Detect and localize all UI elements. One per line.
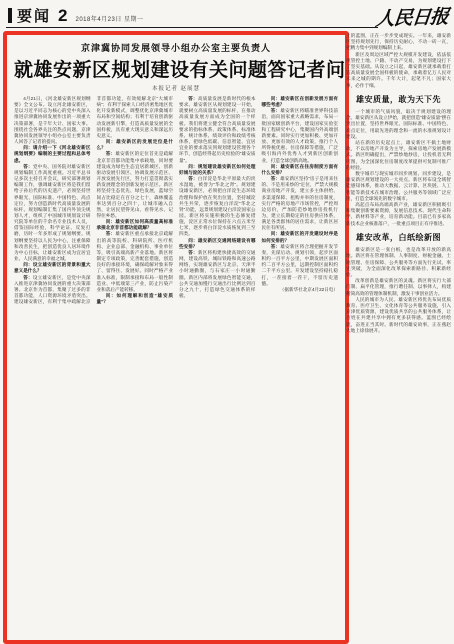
article-paragraph: （据新华社北京4月22日电） bbox=[262, 287, 339, 293]
article-paragraph: 问：雄安新区如何高质量高标准承接北京非首都功能疏解？ bbox=[97, 219, 174, 231]
side-paragraph: 站在新的历史起点上，雄安新区不搞土地财政，不以房地产开发为主导，探索房地产发展新… bbox=[346, 140, 451, 171]
highlighted-article-frame: 京津冀协同发展领导小组办公室主要负责人 就雄安新区规划建设有关问题答记者问 本报… bbox=[3, 31, 349, 644]
article-paragraph: 问：雄安新区交通网络建设有哪些安排？ bbox=[179, 238, 256, 250]
article-paragraph: 问：规划建设雄安新区如何处理好城与淀的关系？ bbox=[179, 164, 256, 176]
article-kicker: 京津冀协同发展领导小组办公室主要负责人 bbox=[14, 41, 338, 54]
article-paragraph: 答：高质量发展是新时代的根本要求。雄安新区从规划建设一开始，就要树立高质量发展的… bbox=[179, 96, 256, 164]
side-paragraph: 人民的城市为人民。雄安新区将优先布局优质教育、医疗卫生、文化体育等公共服务设施，… bbox=[346, 297, 451, 334]
article-paragraph: 答：新区将构建快捷高效的交通网，建设高铁、城际铁路和高速公路网络，实现雄安新区与… bbox=[179, 250, 256, 299]
section-bar bbox=[8, 8, 12, 23]
side-section-heading: 雄安改革，白纸绘新图 bbox=[346, 235, 451, 241]
article-paragraph: 问：雄安新区的开发建设时序是如何安排的？ bbox=[262, 231, 339, 243]
page-header: 要闻 2 2018年4月23日 星期一 人民日报 bbox=[8, 5, 448, 27]
article-paragraph: 问：雄安新区在住房制度方面有什么安排？ bbox=[262, 164, 339, 176]
article-headline: 就雄安新区规划建设有关问题答记者问 bbox=[14, 55, 338, 82]
article-paragraph: 答：雄安新区重点承接北京疏解出的高等院校、科研院所、医疗机构、企业总部、金融机构… bbox=[97, 231, 174, 293]
date-line: 2018年4月23日 星期一 bbox=[75, 14, 143, 23]
side-paragraph: 改革创新是雄安新区的灵魂。新区将实行大部门制、扁平化管理，推行聘任制、以事择人，… bbox=[346, 278, 451, 297]
article-paragraph: 问：雄安新区在创新发展方面有哪些考虑？ bbox=[262, 96, 339, 108]
masthead-logo: 人民日报 bbox=[374, 2, 449, 31]
side-paragraph: 一个城市的气质风貌，取决于规划建设的理念。雄安新区从设立伊始，就把创造“雄安质量… bbox=[346, 109, 451, 140]
article-paragraph: 问：如何理解和创造“雄安质量”？ bbox=[97, 293, 174, 305]
section-label: 要闻 bbox=[17, 5, 51, 26]
article-paragraph: 答：白洋淀是华北平原最大的淡水湿地，被誉为“华北之肾”。规划建设雄安新区，必须把… bbox=[179, 176, 256, 238]
article-body: 4月21日，《河北雄安新区规划纲要》全文公布。设立河北雄安新区，是以习近平同志为… bbox=[14, 96, 338, 634]
side-paragraph: 数字城市与现实城市同步规划、同步建设，是雄安新区规划建设的一大亮点。新区将布设全… bbox=[346, 171, 451, 202]
page-number: 2 bbox=[58, 6, 67, 26]
header-rule bbox=[6, 27, 378, 28]
article-paragraph: 答：党中央、国务院对雄安新区规划编制工作高度重视。习近平总书记多次主持召开会议，… bbox=[14, 164, 91, 263]
side-paragraph: 高起点布局高端高新产业，雄安新区积极吸引和集聚创新要素资源，发展信息技术、现代生… bbox=[346, 202, 451, 227]
side-paragraph: 上的蓝图，正在一步步变成现实。一年来，雄安新区坚持规划先行，保持历史耐心，不动一… bbox=[346, 33, 451, 52]
side-paragraph: 雄安新区是一张白纸，也是改革开放的新高地。新区将在管理体制、人事制度、财税金融、… bbox=[346, 247, 451, 278]
article-paragraph: 答：雄安新区将合理把握开发节奏，先谋后动、规划引领，起步区面积约一百平方公里，中… bbox=[262, 244, 339, 287]
article-paragraph: 答：雄安新区将瞄准世界科技前沿，面向国家重大战略需求，布局一批国家级创新平台，建… bbox=[262, 108, 339, 163]
article-paragraph: 问：请介绍一下《河北雄安新区规划纲要》编制的主要过程和总体考虑。 bbox=[14, 145, 91, 163]
article-paragraph: 4月21日，《河北雄安新区规划纲要》全文公布。设立河北雄安新区，是以习近平同志为… bbox=[14, 96, 91, 145]
article-paragraph: 问：雄安新区的发展定位是什么？ bbox=[97, 139, 174, 151]
article-paragraph: 答：雄安新区坚持“房子是用来住的、不是用来炒的”定位，严禁大规模商业房地产开发，… bbox=[262, 176, 339, 231]
article-paragraph: 答：雄安新区的定位首先是疏解北京非首都功能集中承载地，同时要建设成为绿色生态宜居… bbox=[97, 151, 174, 219]
article-byline: 本报记者 赵展慧 bbox=[14, 84, 338, 92]
side-paragraph: 新区及周边区域严控大规模开发建设，依法依规管控土地、户籍、不动产交易，为规划建设… bbox=[346, 52, 451, 89]
side-article: 上的蓝图，正在一步步变成现实。一年来，雄安新区坚持规划先行，保持历史耐心，不动一… bbox=[346, 33, 451, 639]
section-block: 要闻 2 2018年4月23日 星期一 bbox=[8, 5, 144, 26]
side-section-heading: 雄安质量，敢为天下先 bbox=[346, 97, 451, 103]
article-paragraph: 问：设立雄安新区的背景和重大意义是什么？ bbox=[14, 262, 91, 274]
